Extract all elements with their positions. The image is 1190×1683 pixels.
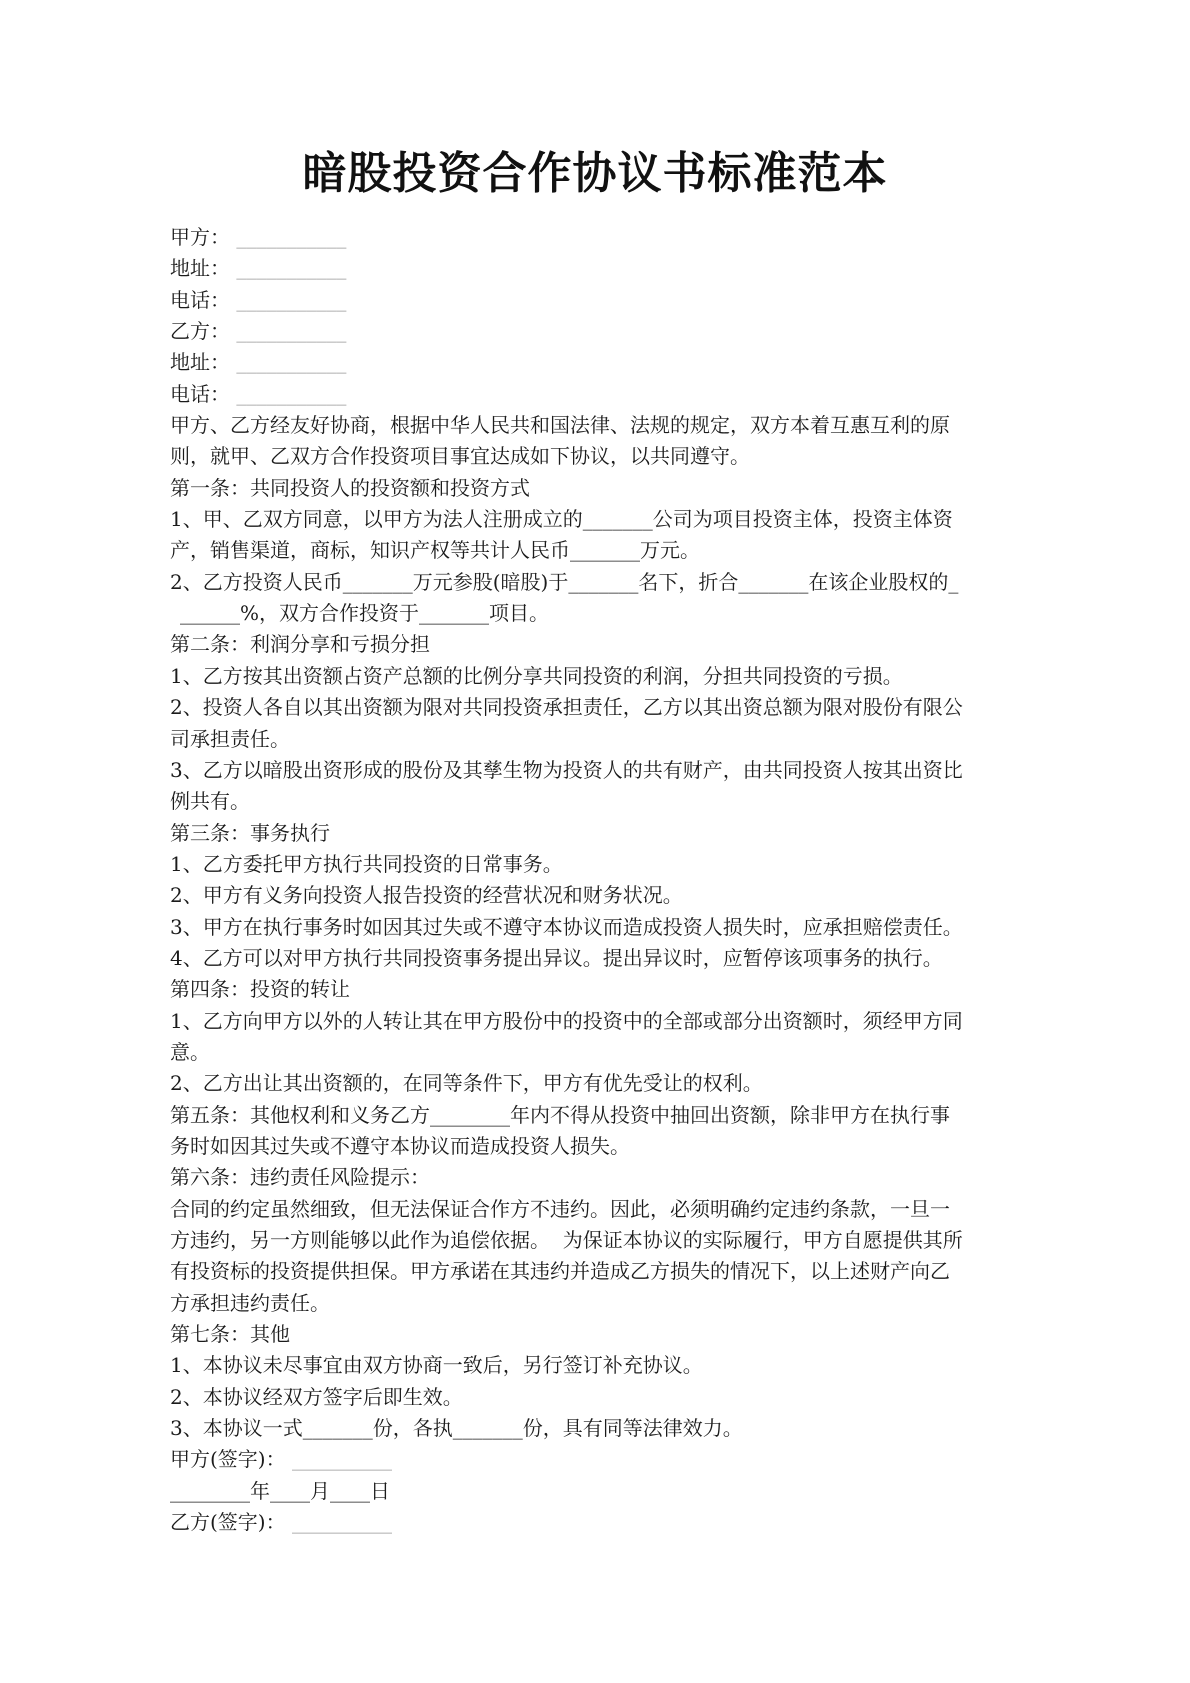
text-segment: 例共有。: [170, 789, 250, 813]
party-b-address-field: 地址： ___________: [170, 347, 1040, 378]
clause-6-heading: 第六条：违约责任风险提示：: [170, 1162, 1040, 1193]
party-b-phone-field: 电话： ___________: [170, 379, 1040, 410]
clause-1-item-2-line-2: ______%，双方合作投资于_______项目。: [170, 598, 1040, 629]
text-segment: 2、投资人各自以其出资额为限对共同投资承担责任，乙方以其出资总额为限对股份有限公: [170, 695, 963, 719]
clause-2-item-3-line-1: 3、乙方以暗股出资形成的股份及其孳生物为投资人的共有财产，由共同投资人按其出资比: [170, 755, 1040, 786]
clause-6-text-line-3: 有投资标的投资提供担保。甲方承诺在其违约并造成乙方损失的情况下，以上述财产向乙: [170, 1256, 1040, 1287]
text-segment: 方违约，另一方则能够以此作为追偿依据。 为保证本协议的实际履行，甲方自愿提供其所: [170, 1228, 963, 1252]
preamble-line-1: 甲方、乙方经友好协商，根据中华人民共和国法律、法规的规定，双方本着互惠互利的原: [170, 410, 1040, 441]
blank-underline: ___________: [230, 382, 346, 406]
clause-3-item-2: 2、甲方有义务向投资人报告投资的经营状况和财务状况。: [170, 880, 1040, 911]
clause-7-item-1: 1、本协议未尽事宜由双方协商一致后，另行签订补充协议。: [170, 1350, 1040, 1381]
clause-1-item-1-line-1: 1、甲、乙双方同意，以甲方为法人注册成立的_______公司为项目投资主体，投资…: [170, 504, 1040, 535]
text-segment: 第三条：事务执行: [170, 821, 330, 845]
clause-7-item-2: 2、本协议经双方签字后即生效。: [170, 1382, 1040, 1413]
clause-7-heading: 第七条：其他: [170, 1319, 1040, 1350]
document-body: 甲方： ___________地址： ___________电话： ______…: [170, 222, 1040, 1538]
clause-3-item-3: 3、甲方在执行事务时如因其过失或不遵守本协议而造成投资人损失时，应承担赔偿责任。: [170, 912, 1040, 943]
text-segment: 第一条：共同投资人的投资额和投资方式: [170, 476, 530, 500]
text-segment: 3、乙方以暗股出资形成的股份及其孳生物为投资人的共有财产，由共同投资人按其出资比: [170, 758, 963, 782]
text-segment: 3、本协议一式_______份，各执_______份，具有同等法律效力。: [170, 1416, 743, 1440]
text-segment: 1、乙方按其出资额占资产总额的比例分享共同投资的利润，分担共同投资的亏损。: [170, 664, 903, 688]
party-a-name-field: 甲方： ___________: [170, 222, 1040, 253]
text-segment: ______%，双方合作投资于_______项目。: [180, 601, 549, 625]
text-segment: 乙方(签字)：: [170, 1510, 286, 1534]
text-segment: 第七条：其他: [170, 1322, 290, 1346]
text-segment: 第二条：利润分享和亏损分担: [170, 632, 430, 656]
text-segment: 务时如因其过失或不遵守本协议而造成投资人损失。: [170, 1134, 630, 1158]
text-segment: 意。: [170, 1040, 210, 1064]
text-segment: 4、乙方可以对甲方执行共同投资事务提出异议。提出异议时，应暂停该项事务的执行。: [170, 946, 943, 970]
text-segment: 第四条：投资的转让: [170, 977, 350, 1001]
text-segment: 第六条：违约责任风险提示：: [170, 1165, 430, 1189]
text-segment: 甲方(签字)：: [170, 1447, 286, 1471]
text-segment: ________年____月____日: [170, 1479, 390, 1503]
clause-7-item-3: 3、本协议一式_______份，各执_______份，具有同等法律效力。: [170, 1413, 1040, 1444]
clause-6-text-line-1: 合同的约定虽然细致，但无法保证合作方不违约。因此，必须明确约定违约条款，一旦一: [170, 1194, 1040, 1225]
preamble-line-2: 则，就甲、乙双方合作投资项目事宜达成如下协议，以共同遵守。: [170, 441, 1040, 472]
text-segment: 1、乙方向甲方以外的人转让其在甲方股份中的投资中的全部或部分出资额时，须经甲方同: [170, 1009, 963, 1033]
text-segment: 2、乙方投资人民币_______万元参股(暗股)于_______名下，折合___…: [170, 570, 958, 594]
clause-6-text-line-2: 方违约，另一方则能够以此作为追偿依据。 为保证本协议的实际履行，甲方自愿提供其所: [170, 1225, 1040, 1256]
contract-document-page: 暗股投资合作协议书标准范本 甲方： ___________地址： _______…: [0, 0, 1190, 1683]
text-segment: 电话：: [170, 288, 230, 312]
text-segment: 2、本协议经双方签字后即生效。: [170, 1385, 463, 1409]
clause-2-item-2-line-2: 司承担责任。: [170, 724, 1040, 755]
text-segment: 乙方：: [170, 319, 230, 343]
blank-underline: ___________: [230, 256, 346, 280]
clause-1-item-2-line-1: 2、乙方投资人民币_______万元参股(暗股)于_______名下，折合___…: [170, 567, 1040, 598]
text-segment: 电话：: [170, 382, 230, 406]
text-segment: 有投资标的投资提供担保。甲方承诺在其违约并造成乙方损失的情况下，以上述财产向乙: [170, 1259, 950, 1283]
clause-4-heading: 第四条：投资的转让: [170, 974, 1040, 1005]
text-segment: 甲方：: [170, 225, 230, 249]
text-segment: 3、甲方在执行事务时如因其过失或不遵守本协议而造成投资人损失时，应承担赔偿责任。: [170, 915, 963, 939]
clause-2-item-3-line-2: 例共有。: [170, 786, 1040, 817]
party-b-signature-line: 乙方(签字)： __________: [170, 1507, 1040, 1538]
clause-3-item-4: 4、乙方可以对甲方执行共同投资事务提出异议。提出异议时，应暂停该项事务的执行。: [170, 943, 1040, 974]
text-segment: 则，就甲、乙双方合作投资项目事宜达成如下协议，以共同遵守。: [170, 444, 750, 468]
clause-2-heading: 第二条：利润分享和亏损分担: [170, 629, 1040, 660]
clause-5-line-1: 第五条：其他权利和义务乙方________年内不得从投资中抽回出资额，除非甲方在…: [170, 1100, 1040, 1131]
text-segment: 2、乙方出让其出资额的，在同等条件下，甲方有优先受让的权利。: [170, 1071, 763, 1095]
blank-underline: __________: [286, 1447, 392, 1471]
blank-underline: ___________: [230, 350, 346, 374]
party-a-signature-line: 甲方(签字)： __________: [170, 1444, 1040, 1475]
date-line: ________年____月____日: [170, 1476, 1040, 1507]
party-a-address-field: 地址： ___________: [170, 253, 1040, 284]
clause-1-item-1-line-2: 产，销售渠道，商标，知识产权等共计人民币_______万元。: [170, 535, 1040, 566]
text-segment: 地址：: [170, 350, 230, 374]
clause-5-line-2: 务时如因其过失或不遵守本协议而造成投资人损失。: [170, 1131, 1040, 1162]
text-segment: 司承担责任。: [170, 727, 290, 751]
text-segment: 方承担违约责任。: [170, 1291, 330, 1315]
text-segment: 甲方、乙方经友好协商，根据中华人民共和国法律、法规的规定，双方本着互惠互利的原: [170, 413, 950, 437]
clause-3-item-1: 1、乙方委托甲方执行共同投资的日常事务。: [170, 849, 1040, 880]
clause-3-heading: 第三条：事务执行: [170, 818, 1040, 849]
document-title: 暗股投资合作协议书标准范本: [0, 0, 1190, 202]
text-segment: 地址：: [170, 256, 230, 280]
clause-4-item-1-line-1: 1、乙方向甲方以外的人转让其在甲方股份中的投资中的全部或部分出资额时，须经甲方同: [170, 1006, 1040, 1037]
blank-underline: ___________: [230, 225, 346, 249]
text-segment: 第五条：其他权利和义务乙方________年内不得从投资中抽回出资额，除非甲方在…: [170, 1103, 950, 1127]
clause-1-heading: 第一条：共同投资人的投资额和投资方式: [170, 473, 1040, 504]
text-segment: 合同的约定虽然细致，但无法保证合作方不违约。因此，必须明确约定违约条款，一旦一: [170, 1197, 950, 1221]
blank-underline: ___________: [230, 288, 346, 312]
party-b-name-field: 乙方： ___________: [170, 316, 1040, 347]
blank-underline: ___________: [230, 319, 346, 343]
text-segment: 1、本协议未尽事宜由双方协商一致后，另行签订补充协议。: [170, 1353, 703, 1377]
text-segment: 1、乙方委托甲方执行共同投资的日常事务。: [170, 852, 563, 876]
clause-4-item-1-line-2: 意。: [170, 1037, 1040, 1068]
clause-2-item-1: 1、乙方按其出资额占资产总额的比例分享共同投资的利润，分担共同投资的亏损。: [170, 661, 1040, 692]
text-segment: 产，销售渠道，商标，知识产权等共计人民币_______万元。: [170, 538, 700, 562]
clause-4-item-2: 2、乙方出让其出资额的，在同等条件下，甲方有优先受让的权利。: [170, 1068, 1040, 1099]
clause-2-item-2-line-1: 2、投资人各自以其出资额为限对共同投资承担责任，乙方以其出资总额为限对股份有限公: [170, 692, 1040, 723]
party-a-phone-field: 电话： ___________: [170, 285, 1040, 316]
text-segment: 2、甲方有义务向投资人报告投资的经营状况和财务状况。: [170, 883, 683, 907]
blank-underline: __________: [286, 1510, 392, 1534]
text-segment: 1、甲、乙双方同意，以甲方为法人注册成立的_______公司为项目投资主体，投资…: [170, 507, 953, 531]
clause-6-text-line-4: 方承担违约责任。: [170, 1288, 1040, 1319]
